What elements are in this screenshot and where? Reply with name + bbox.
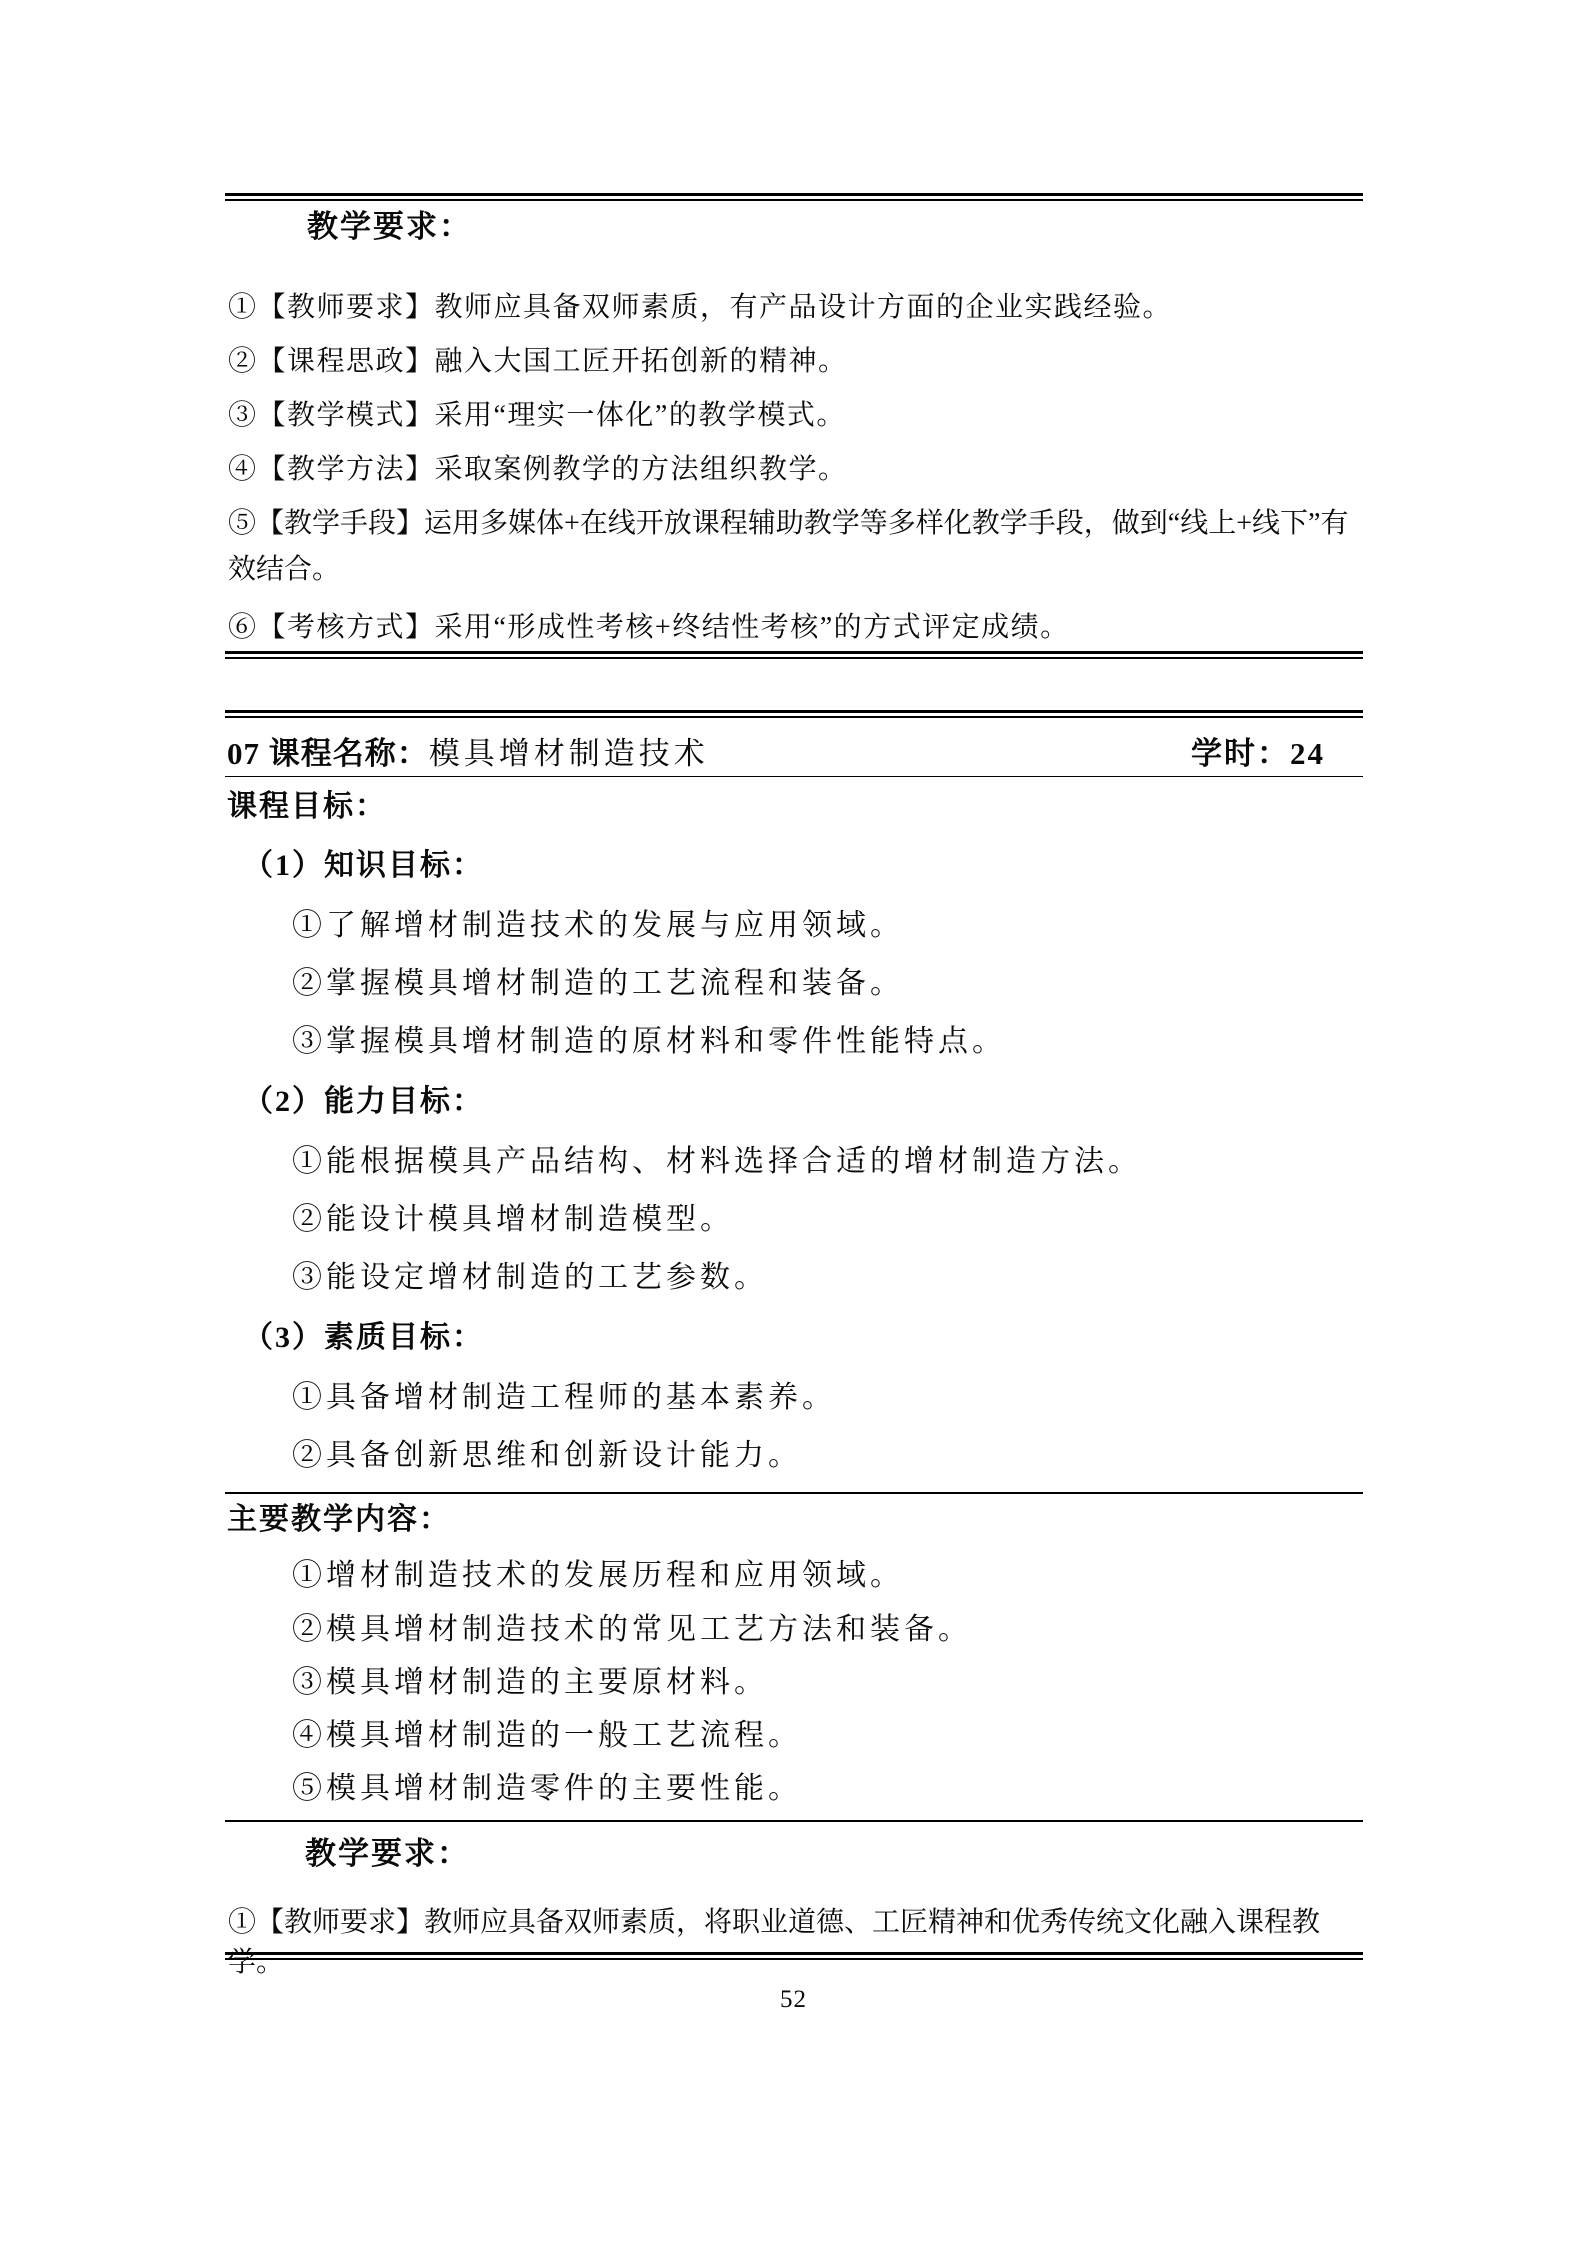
prev-requirements-heading: 教学要求： (307, 207, 472, 247)
prev-requirement-item-1: ①【教师要求】教师应具备双师素质，有产品设计方面的企业实践经验。 (228, 288, 1373, 328)
page-bottom-border (225, 1952, 1363, 1960)
course-header-underline (225, 776, 1363, 777)
prev-requirement-item-5: ⑤【教学手段】运用多媒体+在线开放课程辅助教学等多样化教学手段，做到“线上+线下… (228, 501, 1373, 593)
content-requirements-divider (225, 1820, 1363, 1822)
objective-group-1-label: （1）知识目标： (243, 846, 484, 886)
teaching-content-heading: 主要教学内容： (227, 1500, 451, 1540)
prev-requirement-item-2: ②【课程思政】融入大国工匠开拓创新的精神。 (228, 342, 1373, 382)
teaching-content-item-5: ⑤模具增材制造零件的主要性能。 (292, 1769, 802, 1809)
quality-objective-2: ②具备创新思维和创新设计能力。 (292, 1436, 802, 1476)
objectives-content-divider (225, 1492, 1363, 1494)
teaching-content-item-4: ④模具增材制造的一般工艺流程。 (292, 1716, 802, 1756)
knowledge-objective-3: ③掌握模具增材制造的原材料和零件性能特点。 (292, 1022, 1006, 1062)
prev-requirement-item-6: ⑥【考核方式】采用“形成性考核+终结性考核”的方式评定成绩。 (228, 608, 1373, 648)
ability-objective-3: ③能设定增材制造的工艺参数。 (292, 1258, 768, 1298)
page-number: 52 (0, 1986, 1587, 2014)
section-divider-top (225, 193, 1363, 201)
objective-group-3-label: （3）素质目标： (243, 1318, 484, 1358)
teaching-content-item-2: ②模具增材制造技术的常见工艺方法和装备。 (292, 1610, 972, 1650)
ability-objective-1: ①能根据模具产品结构、材料选择合适的增材制造方法。 (292, 1142, 1142, 1182)
objectives-heading: 课程目标： (227, 787, 387, 827)
prev-requirement-item-4: ④【教学方法】采取案例教学的方法组织教学。 (228, 450, 1373, 490)
ability-objective-2: ②能设计模具增材制造模型。 (292, 1200, 734, 1240)
course-code-label: 07 课程名称： (227, 736, 429, 771)
objective-group-2-label: （2）能力目标： (243, 1082, 484, 1122)
knowledge-objective-2: ②掌握模具增材制造的工艺流程和装备。 (292, 964, 904, 1004)
teaching-content-item-3: ③模具增材制造的主要原材料。 (292, 1663, 768, 1703)
teaching-requirements-heading: 教学要求： (305, 1834, 470, 1874)
teaching-requirement-item-1: ①【教师要求】教师应具备双师素质，将职业道德、工匠精神和优秀传统文化融入课程教学… (228, 1903, 1368, 1983)
knowledge-objective-1: ①了解增材制造技术的发展与应用领域。 (292, 906, 904, 946)
course-title: 模具增材制造技术 (429, 736, 709, 771)
course-hours: 学时：24 (1191, 733, 1325, 775)
course-header: 07 课程名称：模具增材制造技术 (227, 733, 709, 775)
document-page: 教学要求： ①【教师要求】教师应具备双师素质，有产品设计方面的企业实践经验。 ②… (0, 0, 1587, 2245)
course-block-top-border (225, 710, 1363, 718)
prev-requirement-item-3: ③【教学模式】采用“理实一体化”的教学模式。 (228, 396, 1373, 436)
quality-objective-1: ①具备增材制造工程师的基本素养。 (292, 1378, 836, 1418)
teaching-content-item-1: ①增材制造技术的发展历程和应用领域。 (292, 1556, 904, 1596)
section-divider-prev-end (225, 651, 1363, 659)
